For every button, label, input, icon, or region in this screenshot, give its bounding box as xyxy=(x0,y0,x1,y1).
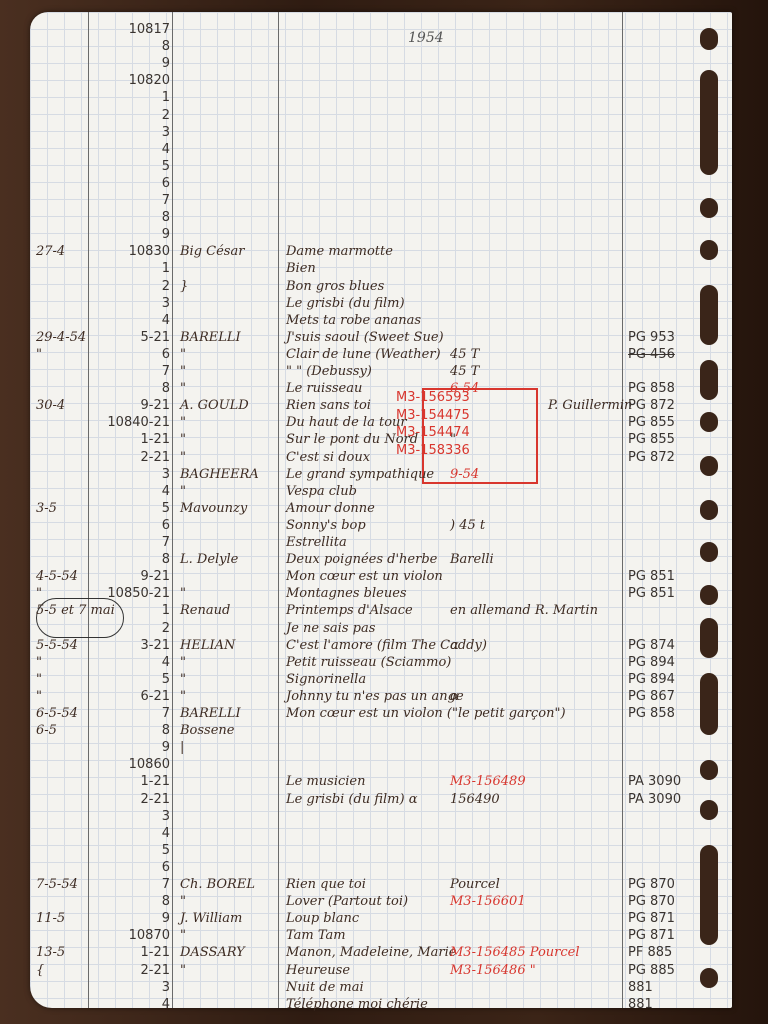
row-title: Le grisbi (du film) xyxy=(286,296,405,311)
row-catalog-number: 6 xyxy=(94,176,170,191)
row-artist: Mavounzy xyxy=(180,501,247,516)
row-artist: Ch. BOREL xyxy=(180,877,255,892)
row-title: Le grisbi (du film) α xyxy=(286,792,417,807)
row-title: Petit ruisseau (Sciammo) xyxy=(286,655,451,670)
row-reference: PF 885 xyxy=(628,945,672,960)
row-catalog-number: 6-21 xyxy=(94,689,170,704)
row-date: " xyxy=(36,586,42,601)
row-title: Heureuse xyxy=(286,963,350,978)
row-artist: L. Delyle xyxy=(180,552,238,567)
row-catalog-number: 2 xyxy=(94,108,170,123)
column-divider-date xyxy=(88,12,89,1008)
row-catalog-number: 8 xyxy=(94,552,170,567)
row-reference: PG 874 xyxy=(628,638,675,653)
row-note: M3-156486 " xyxy=(450,963,536,978)
row-artist: DASSARY xyxy=(180,945,245,960)
row-title: Signorinella xyxy=(286,672,366,687)
row-catalog-number: 8 xyxy=(94,210,170,225)
row-title: Vespa club xyxy=(286,484,357,499)
row-catalog-number: 5 xyxy=(94,159,170,174)
row-catalog-number: 9 xyxy=(94,56,170,71)
row-title: Dame marmotte xyxy=(286,244,393,259)
row-catalog-number: 8 xyxy=(94,894,170,909)
row-catalog-number: 2 xyxy=(94,279,170,294)
row-artist: " xyxy=(180,689,186,704)
row-catalog-number: 9 xyxy=(94,911,170,926)
row-artist: BAGHEERA xyxy=(180,467,259,482)
row-catalog-number: 9 xyxy=(94,740,170,755)
binder-hole xyxy=(700,285,718,345)
binder-hole xyxy=(700,760,718,780)
row-title: Loup blanc xyxy=(286,911,359,926)
row-date: " xyxy=(36,672,42,687)
row-artist: " xyxy=(180,450,186,465)
row-catalog-number: 9-21 xyxy=(94,569,170,584)
row-date: 5-5-54 xyxy=(36,638,78,653)
row-reference: PA 3090 xyxy=(628,774,681,789)
row-catalog-number: 10840-21 xyxy=(94,415,170,430)
row-catalog-number: 7 xyxy=(94,535,170,550)
row-title: Estrellita xyxy=(286,535,347,550)
column-divider-artist xyxy=(278,12,279,1008)
row-date: 11-5 xyxy=(36,911,65,926)
row-date: { xyxy=(36,963,44,978)
row-catalog-number: 1-21 xyxy=(94,774,170,789)
row-artist: Bossene xyxy=(180,723,234,738)
row-reference: PG 858 xyxy=(628,706,675,721)
row-artist: Renaud xyxy=(180,603,230,618)
row-reference: PA 3090 xyxy=(628,792,681,807)
row-note: ) 45 t xyxy=(450,518,485,533)
row-note: 156490 xyxy=(450,792,500,807)
row-reference: PG 885 xyxy=(628,963,675,978)
row-catalog-number: 6 xyxy=(94,347,170,362)
page-year: 1954 xyxy=(408,30,444,46)
row-catalog-number: 8 xyxy=(94,39,170,54)
row-title: Téléphone moi chérie xyxy=(286,997,428,1012)
binder-hole xyxy=(700,585,718,605)
boxed-matrix-number: M3-154475 xyxy=(396,408,470,423)
row-artist: " xyxy=(180,364,186,379)
binder-hole xyxy=(700,542,718,562)
row-reference: PG 872 xyxy=(628,450,675,465)
row-note: 45 T xyxy=(450,347,479,362)
row-title: Tam Tam xyxy=(286,928,346,943)
row-catalog-number: 1-21 xyxy=(94,945,170,960)
row-catalog-number: 10817 xyxy=(94,22,170,37)
row-note: M3-156601 xyxy=(450,894,526,909)
boxed-matrix-number: M3-156593 xyxy=(396,390,470,405)
row-reference: PG 872 xyxy=(628,398,675,413)
row-title: Le ruisseau xyxy=(286,381,362,396)
row-date: " xyxy=(36,655,42,670)
row-catalog-number: 9-21 xyxy=(94,398,170,413)
row-reference: PG 953 xyxy=(628,330,675,345)
row-catalog-number: 2 xyxy=(94,621,170,636)
row-reference: PG 871 xyxy=(628,911,675,926)
boxed-matrix-number: M3-158336 xyxy=(396,443,470,458)
row-reference: PG 894 xyxy=(628,655,675,670)
row-catalog-number: 3 xyxy=(94,296,170,311)
binder-hole xyxy=(700,28,718,50)
row-catalog-number: 7 xyxy=(94,193,170,208)
row-catalog-number: 1-21 xyxy=(94,432,170,447)
row-note: α xyxy=(450,638,459,653)
row-reference: PG 858 xyxy=(628,381,675,396)
row-catalog-number: 4 xyxy=(94,313,170,328)
boxed-matrix-number: M3-154474 xyxy=(396,425,470,440)
row-reference: PG 870 xyxy=(628,894,675,909)
row-title: C'est si doux xyxy=(286,450,370,465)
row-title: Mets ta robe ananas xyxy=(286,313,421,328)
row-catalog-number: 10830 xyxy=(94,244,170,259)
row-title: Le musicien xyxy=(286,774,366,789)
row-catalog-number: 1 xyxy=(94,90,170,105)
row-title: Bon gros blues xyxy=(286,279,384,294)
row-title: Sonny's bop xyxy=(286,518,366,533)
row-note: Pourcel xyxy=(450,877,500,892)
row-title: Manon, Madeleine, Marie xyxy=(286,945,456,960)
row-title: Johnny tu n'es pas un ange xyxy=(286,689,464,704)
row-title: Montagnes bleues xyxy=(286,586,407,601)
row-reference: PG 894 xyxy=(628,672,675,687)
row-catalog-number: 2-21 xyxy=(94,450,170,465)
row-catalog-number: 6 xyxy=(94,518,170,533)
binder-hole xyxy=(700,412,718,432)
row-reference: PG 851 xyxy=(628,569,675,584)
row-catalog-number: 5 xyxy=(94,672,170,687)
row-catalog-number: 3 xyxy=(94,467,170,482)
row-date: 3-5 xyxy=(36,501,57,516)
row-artist: " xyxy=(180,963,186,978)
row-title: Le grand sympathique xyxy=(286,467,434,482)
row-reference: PG 855 xyxy=(628,415,675,430)
row-catalog-number: 9 xyxy=(94,227,170,242)
row-catalog-number: 5-21 xyxy=(94,330,170,345)
binder-hole xyxy=(700,70,718,175)
row-artist: Big César xyxy=(180,244,244,259)
binder-hole xyxy=(700,240,718,260)
row-title: J'suis saoul (Sweet Sue) xyxy=(286,330,444,345)
row-title: " " (Debussy) xyxy=(286,364,372,379)
row-catalog-number: 3-21 xyxy=(94,638,170,653)
row-date: 6-5 xyxy=(36,723,57,738)
row-title: Du haut de la tour xyxy=(286,415,407,430)
row-title: Deux poignées d'herbe xyxy=(286,552,437,567)
row-reference: PG 870 xyxy=(628,877,675,892)
binder-hole xyxy=(700,360,718,400)
row-catalog-number: 2-21 xyxy=(94,963,170,978)
binder-hole xyxy=(700,456,718,476)
row-catalog-number: 4 xyxy=(94,655,170,670)
row-catalog-number: 4 xyxy=(94,997,170,1012)
column-divider-reference xyxy=(622,12,623,1008)
row-note: Barelli xyxy=(450,552,494,567)
row-note: M3-156489 xyxy=(450,774,526,789)
row-title: Nuit de mai xyxy=(286,980,364,995)
row-artist: " xyxy=(180,928,186,943)
row-reference: PG 851 xyxy=(628,586,675,601)
row-catalog-number: 2-21 xyxy=(94,792,170,807)
binder-hole xyxy=(700,198,718,218)
row-artist: " xyxy=(180,655,186,670)
row-catalog-number: 8 xyxy=(94,381,170,396)
row-artist: } xyxy=(180,279,188,294)
binder-hole xyxy=(700,500,718,520)
row-title: Mon cœur est un violon ("le petit garçon… xyxy=(286,706,566,721)
column-divider-number xyxy=(172,12,173,1008)
binder-hole xyxy=(700,845,718,945)
row-title: Mon cœur est un violon xyxy=(286,569,443,584)
binder-hole xyxy=(700,618,718,658)
row-reference: 881 xyxy=(628,997,653,1012)
row-title: Je ne sais pas xyxy=(286,621,375,636)
row-catalog-number: 7 xyxy=(94,877,170,892)
row-catalog-number: 1 xyxy=(94,603,170,618)
row-catalog-number: 7 xyxy=(94,364,170,379)
row-artist: " xyxy=(180,894,186,909)
binder-hole xyxy=(700,673,718,735)
row-title: Rien que toi xyxy=(286,877,366,892)
row-reference: PG 871 xyxy=(628,928,675,943)
row-catalog-number: 10870 xyxy=(94,928,170,943)
row-date: 6-5-54 xyxy=(36,706,78,721)
row-reference: PG 867 xyxy=(628,689,675,704)
ledger-page: 1954 10817891082012345678927-410830Big C… xyxy=(30,12,732,1008)
row-title: Bien xyxy=(286,261,316,276)
row-artist: " xyxy=(180,432,186,447)
row-artist: " xyxy=(180,381,186,396)
row-artist: " xyxy=(180,415,186,430)
row-catalog-number: 10860 xyxy=(94,757,170,772)
row-date: 4-5-54 xyxy=(36,569,78,584)
row-title: Clair de lune (Weather) xyxy=(286,347,441,362)
binder-hole xyxy=(700,968,718,988)
row-artist: " xyxy=(180,586,186,601)
row-date: 27-4 xyxy=(36,244,65,259)
row-note: 45 T xyxy=(450,364,479,379)
row-catalog-number: 4 xyxy=(94,484,170,499)
row-artist: " xyxy=(180,347,186,362)
row-title: Rien sans toi xyxy=(286,398,371,413)
row-note: M3-156485 Pourcel xyxy=(450,945,580,960)
row-artist: HELIAN xyxy=(180,638,235,653)
row-reference: PG 855 xyxy=(628,432,675,447)
row-artist: BARELLI xyxy=(180,330,241,345)
row-note: P. Guillermin xyxy=(548,398,632,413)
row-artist: | xyxy=(180,740,184,755)
row-title: Lover (Partout toi) xyxy=(286,894,408,909)
row-catalog-number: 3 xyxy=(94,980,170,995)
row-note: α xyxy=(450,689,459,704)
row-artist: A. GOULD xyxy=(180,398,249,413)
row-catalog-number: 10820 xyxy=(94,73,170,88)
row-note: en allemand R. Martin xyxy=(450,603,598,618)
row-catalog-number: 4 xyxy=(94,826,170,841)
row-title: Amour donne xyxy=(286,501,375,516)
row-date: 29-4-54 xyxy=(36,330,86,345)
row-catalog-number: 4 xyxy=(94,142,170,157)
row-catalog-number: 3 xyxy=(94,125,170,140)
row-catalog-number: 7 xyxy=(94,706,170,721)
row-artist: BARELLI xyxy=(180,706,241,721)
binder-hole xyxy=(700,800,718,820)
row-catalog-number: 5 xyxy=(94,843,170,858)
row-catalog-number: 8 xyxy=(94,723,170,738)
row-catalog-number: 3 xyxy=(94,809,170,824)
row-artist: " xyxy=(180,484,186,499)
row-reference: PG 456 xyxy=(628,347,675,362)
row-date: " xyxy=(36,689,42,704)
row-catalog-number: 10850-21 xyxy=(94,586,170,601)
row-catalog-number: 5 xyxy=(94,501,170,516)
row-reference: 881 xyxy=(628,980,653,995)
row-catalog-number: 1 xyxy=(94,261,170,276)
row-artist: " xyxy=(180,672,186,687)
row-catalog-number: 6 xyxy=(94,860,170,875)
row-date: " xyxy=(36,347,42,362)
row-artist: J. William xyxy=(180,911,242,926)
row-note: 9-54 xyxy=(450,467,479,482)
row-date: 7-5-54 xyxy=(36,877,78,892)
row-date: 30-4 xyxy=(36,398,65,413)
row-date: 13-5 xyxy=(36,945,65,960)
row-title: Printemps d'Alsace xyxy=(286,603,413,618)
